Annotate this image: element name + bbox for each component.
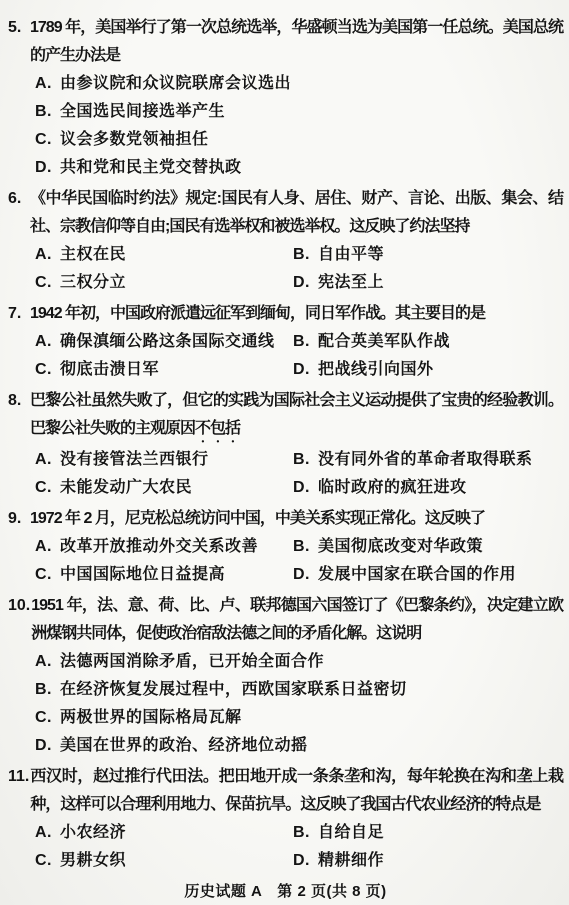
question-stem: 西汉时，赵过推行代田法。把田地开成一条条垄和沟，每年轮换在沟和垄上栽种，这样可以… [30,763,563,819]
option-text: 两极世界的国际格局瓦解 [60,709,242,726]
options-grid: A.没有接管法兰西银行 B.没有同外省的革命者取得联系 C.未能发动广大农民 D… [8,446,563,502]
option-a: A.没有接管法兰西银行 [35,446,293,474]
option-text: 法德两国消除矛盾，已开始全面合作 [60,653,324,670]
option-label: A. [35,70,52,98]
option-d: D.精耕细作 [293,847,563,875]
option-text: 由参议院和众议院联席会议选出 [60,75,291,92]
question-11: 11. 西汉时，赵过推行代田法。把田地开成一条条垄和沟，每年轮换在沟和垄上栽种，… [8,763,563,875]
option-label: D. [293,356,310,384]
option-text: 在经济恢复发展过程中，西欧国家联系日益密切 [60,681,407,698]
option-b: B.配合英美军队作战 [293,328,563,356]
question-number: 7. [8,300,29,328]
option-label: D. [293,474,310,502]
option-label: C. [35,269,52,297]
option-c: C.议会多数党领袖担任 [35,126,563,154]
option-label: B. [35,98,52,126]
option-b: B.自由平等 [293,241,563,269]
option-text: 改革开放推动外交关系改善 [60,538,258,555]
option-label: A. [35,648,52,676]
option-label: B. [293,328,310,356]
option-d: D.宪法至上 [293,269,563,297]
option-a: A.由参议院和众议院联席会议选出 [35,70,563,98]
options-list: A.由参议院和众议院联席会议选出 B.全国选民间接选举产生 C.议会多数党领袖担… [8,70,563,182]
option-label: D. [293,847,310,875]
option-text: 把战线引向国外 [318,361,434,378]
option-a: A.改革开放推动外交关系改善 [35,533,293,561]
question-10: 10. 1951 年，法、意、荷、比、卢、联邦德国六国签订了《巴黎条约》，决定建… [8,592,563,760]
option-text: 美国在世界的政治、经济地位动摇 [60,737,308,754]
option-text: 宪法至上 [318,274,384,291]
question-number: 10. [8,592,30,620]
option-label: C. [35,561,52,589]
option-a: A.主权在民 [35,241,293,269]
options-grid: A.主权在民 B.自由平等 C.三权分立 D.宪法至上 [8,241,563,297]
option-text: 自由平等 [318,246,384,263]
options-grid: A.小农经济 B.自给自足 C.男耕女织 D.精耕细作 [8,819,563,875]
question-number: 11. [8,763,29,791]
option-text: 全国选民间接选举产生 [60,103,225,120]
stem-text: 巴黎公社虽然失败了，但它的实践为国际社会主义运动提供了宝贵的经验教训。巴黎公社失… [30,392,563,437]
option-c: C.两极世界的国际格局瓦解 [35,704,563,732]
question-5: 5. 1789 年，美国举行了第一次总统选举，华盛顿当选为美国第一任总统。美国总… [8,14,563,182]
option-label: D. [35,154,52,182]
option-label: A. [35,241,52,269]
question-stem: 1951 年，法、意、荷、比、卢、联邦德国六国签订了《巴黎条约》，决定建立欧洲煤… [31,592,563,648]
option-c: C.中国国际地位日益提高 [35,561,293,589]
question-6: 6. 《中华民国临时约法》规定:国民有人身、居住、财产、言论、出版、集会、结社、… [8,185,563,297]
option-label: C. [35,126,52,154]
option-a: A.确保滇缅公路这条国际交通线 [35,328,293,356]
options-grid: A.确保滇缅公路这条国际交通线 B.配合英美军队作战 C.彻底击溃日军 D.把战… [8,328,563,384]
option-b: B.没有同外省的革命者取得联系 [293,446,563,474]
question-number: 8. [8,387,29,415]
option-text: 没有同外省的革命者取得联系 [318,451,533,468]
option-label: C. [35,847,52,875]
option-label: A. [35,533,52,561]
question-number: 6. [8,185,29,213]
option-b: B.在经济恢复发展过程中，西欧国家联系日益密切 [35,676,563,704]
option-label: D. [293,269,310,297]
option-a: A.法德两国消除矛盾，已开始全面合作 [35,648,563,676]
option-text: 中国国际地位日益提高 [60,566,225,583]
question-7: 7. 1942 年初，中国政府派遣远征军到缅甸，同日军作战。其主要目的是 A.确… [8,300,563,384]
option-text: 配合英美军队作战 [318,333,450,350]
option-label: A. [35,328,52,356]
option-text: 小农经济 [60,824,126,841]
option-text: 精耕细作 [318,852,384,869]
option-d: D.共和党和民主党交替执政 [35,154,563,182]
option-text: 男耕女织 [60,852,126,869]
question-stem: 1789 年，美国举行了第一次总统选举，华盛顿当选为美国第一任总统。美国总统的产… [30,14,563,70]
option-label: B. [35,676,52,704]
question-number: 9. [8,505,29,533]
options-list: A.法德两国消除矛盾，已开始全面合作 B.在经济恢复发展过程中，西欧国家联系日益… [8,648,563,760]
option-c: C.彻底击溃日军 [35,356,293,384]
option-text: 主权在民 [60,246,126,263]
option-text: 彻底击溃日军 [60,361,159,378]
option-label: B. [293,533,310,561]
option-label: A. [35,446,52,474]
option-label: C. [35,474,52,502]
option-text: 临时政府的疯狂进攻 [318,479,467,496]
option-d: D.美国在世界的政治、经济地位动摇 [35,732,563,760]
question-stem: 1972 年 2 月，尼克松总统访问中国，中美关系实现正常化。这反映了 [30,505,563,533]
option-d: D.发展中国家在联合国的作用 [293,561,563,589]
question-8: 8. 巴黎公社虽然失败了，但它的实践为国际社会主义运动提供了宝贵的经验教训。巴黎… [8,387,563,502]
question-number: 5. [8,14,29,42]
option-label: B. [293,446,310,474]
option-text: 议会多数党领袖担任 [60,131,209,148]
option-b: B.自给自足 [293,819,563,847]
option-text: 自给自足 [318,824,384,841]
option-b: B.美国彻底改变对华政策 [293,533,563,561]
page-footer: 历史试题 A 第 2 页(共 8 页) [8,879,563,905]
option-text: 共和党和民主党交替执政 [60,159,242,176]
option-c: C.男耕女织 [35,847,293,875]
option-label: C. [35,704,52,732]
option-text: 未能发动广大农民 [60,479,192,496]
question-stem: 巴黎公社虽然失败了，但它的实践为国际社会主义运动提供了宝贵的经验教训。巴黎公社失… [30,387,563,446]
exam-page: 5. 1789 年，美国举行了第一次总统选举，华盛顿当选为美国第一任总统。美国总… [0,0,569,905]
option-text: 三权分立 [60,274,126,291]
option-label: C. [35,356,52,384]
emphasized-text: 不包括 [195,420,240,437]
option-text: 美国彻底改变对华政策 [318,538,483,555]
question-stem: 1942 年初，中国政府派遣远征军到缅甸，同日军作战。其主要目的是 [30,300,563,328]
option-label: B. [293,819,310,847]
option-d: D.把战线引向国外 [293,356,563,384]
option-label: B. [293,241,310,269]
option-d: D.临时政府的疯狂进攻 [293,474,563,502]
option-text: 没有接管法兰西银行 [60,451,209,468]
options-grid: A.改革开放推动外交关系改善 B.美国彻底改变对华政策 C.中国国际地位日益提高… [8,533,563,589]
option-text: 发展中国家在联合国的作用 [318,566,516,583]
option-c: C.未能发动广大农民 [35,474,293,502]
option-label: D. [35,732,52,760]
option-label: D. [293,561,310,589]
option-label: A. [35,819,52,847]
option-a: A.小农经济 [35,819,293,847]
option-b: B.全国选民间接选举产生 [35,98,563,126]
option-c: C.三权分立 [35,269,293,297]
option-text: 确保滇缅公路这条国际交通线 [60,333,275,350]
question-stem: 《中华民国临时约法》规定:国民有人身、居住、财产、言论、出版、集会、结社、宗教信… [30,185,563,241]
question-9: 9. 1972 年 2 月，尼克松总统访问中国，中美关系实现正常化。这反映了 A… [8,505,563,589]
